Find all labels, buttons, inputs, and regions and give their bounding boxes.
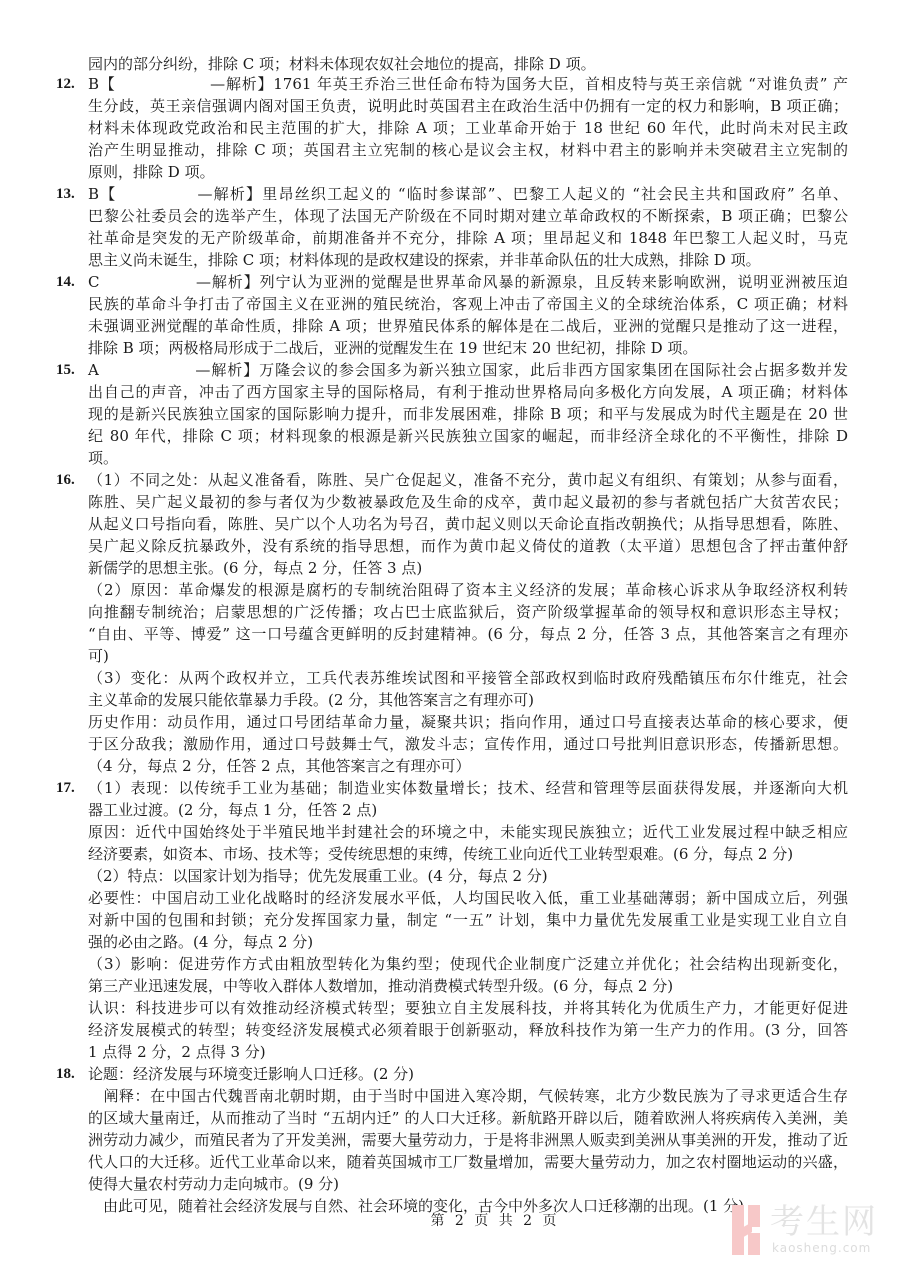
text-line: 项。 — [88, 448, 848, 468]
question-number: 16. — [56, 470, 75, 490]
text-line: 新儒学的思想主张。(6 分，每点 2 分，任答 3 点) — [88, 558, 848, 578]
text-line: 1 点得 2 分，2 点得 3 分) — [88, 1042, 848, 1062]
text-line: 纪 80 年代，排除 C 项；材料现象的根源是新兴民族独立国家的崛起，而非经济全… — [88, 426, 848, 446]
text-line: 器工业过渡。(2 分，每点 1 分，任答 2 点) — [88, 800, 848, 820]
text-line: 必要性：中国启动工业化战略时的经济发展水平低，人均国民收入低，重工业基础薄弱；新… — [88, 888, 848, 908]
question-number: 12. — [56, 74, 75, 94]
text-line: 阐释：在中国古代魏晋南北朝时期，由于当时中国进入寒冷期，气候转寒，北方少数民族为… — [88, 1086, 848, 1106]
text-line: 经济要素，如资本、市场、技术等；受传统思想的束缚，传统工业向近代工业转型艰难。(… — [88, 844, 848, 864]
text-line: 社革命是突发的无产阶级革命，前期准备并不充分，排除 A 项；里昂起义和 1848… — [88, 228, 848, 248]
text-line: 认识：科技进步可以有效推动经济模式转型；要独立自主发展科技，并将其转化为优质生产… — [88, 998, 848, 1018]
text-line: 陈胜、吴广起义最初的参与者仅为少数被暴政危及生命的戍卒，黄巾起义最初的参与者就包… — [88, 492, 848, 512]
text-line: 未强调亚洲觉醒的革命性质，排除 A 项；世界殖民体系的解体是在二战后，亚洲的觉醒… — [88, 316, 848, 336]
text-line: 使得大量农村劳动力走向城市。(9 分) — [88, 1174, 848, 1194]
text-line: “自由、平等、博爱” 这一口号蕴含更鲜明的反封建精神。(6 分，每点 2 分，任… — [88, 624, 848, 644]
question-number: 13. — [56, 184, 75, 204]
text-line: 第三产业迅速发展，中等收入群体人数增加，推动消费模式转型升级。(6 分，每点 2… — [88, 976, 848, 996]
question-number: 14. — [56, 272, 75, 292]
text-line: 民族的革命斗争打击了帝国主义在亚洲的殖民统治，客观上冲击了帝国主义的全球统治体系… — [88, 294, 848, 314]
text-line: 从起义口号指向看，陈胜、吴广以个人功名为号召，黄巾起义则以天命论直指改朝换代；从… — [88, 514, 848, 534]
text-line: （1）不同之处：从起义准备看，陈胜、吴广仓促起义，准备不充分，黄巾起义有组织、有… — [88, 470, 848, 490]
text-line: （3）影响：促进劳作方式由粗放型转化为集约型；使现代企业制度广泛建立并优化；社会… — [88, 954, 848, 974]
text-line: 巴黎公社委员会的选举产生，体现了法国无产阶级在不同时期对建立革命政权的不断探索，… — [88, 206, 848, 226]
text-line: 论题：经济发展与环境变迁影响人口迁移。(2 分) — [88, 1064, 848, 1084]
watermark-name: 考生网 — [770, 1203, 878, 1241]
text-line: 代人口的大迁移。近代工业革命以来，随着英国城市工厂数量增加，需要大量劳动力，加之… — [88, 1152, 848, 1172]
text-line: 洲劳动力减少，而殖民者为了开发美洲，需要大量劳动力，于是将非洲黑人贩卖到美洲从事… — [88, 1130, 848, 1150]
text-line: 主义革命的发展只能依靠暴力手段。(2 分，其他答案言之有理亦可) — [88, 690, 848, 710]
kaosheng-logo-icon — [732, 1205, 762, 1255]
text-line: B【 —解析】里昂丝织工起义的 “临时参谋部”、巴黎工人起义的 “社会民主共和国… — [88, 184, 848, 204]
text-line: （3）变化：从两个政权并立，工兵代表苏维埃试图和平接管全部政权到临时政府残酷镇压… — [88, 668, 848, 688]
text-line: 于区分敌我；激励作用，通过口号鼓舞士气，激发斗志；宣传作用，通过口号批判旧意识形… — [88, 734, 848, 754]
watermark: 考生网 kaosheng.com — [732, 1203, 892, 1259]
text-line: 生分歧，英王亲信强调内阁对国王负责，说明此时英国君主在政治生活中仍拥有一定的权力… — [88, 96, 848, 116]
text-line: 历史作用：动员作用，通过口号团结革命力量，凝聚共识；指向作用，通过口号直接表达革… — [88, 712, 848, 732]
text-line: （4 分，每点 2 分，任答 2 点，其他答案言之有理亦可） — [88, 756, 848, 776]
text-line: B【 —解析】1761 年英王乔治三世任命布特为国务大臣，首相皮特与英王亲信就 … — [88, 74, 848, 94]
text-line: C —解析】列宁认为亚洲的觉醒是世界革命风暴的新源泉，且反转来影响欧洲，说明亚洲… — [88, 272, 848, 292]
text-line: 原因：近代中国始终处于半殖民地半封建社会的环境之中，未能实现民族独立；近代工业发… — [88, 822, 848, 842]
question-number: 17. — [56, 778, 75, 798]
text-line: （2）特点：以国家计划为指导；优先发展重工业。(4 分，每点 2 分) — [88, 866, 848, 886]
text-line: 思主义尚未诞生，排除 C 项；材料体现的是政权建设的探索，并非革命队伍的壮大成熟… — [88, 250, 848, 270]
text-line: 向推翻专制统治；启蒙思想的广泛传播；攻占巴士底监狱后，资产阶级掌握革命的领导权和… — [88, 602, 848, 622]
text-line: 排除 B 项；两极格局形成于二战后，亚洲的觉醒发生在 19 世纪末 20 世纪初… — [88, 338, 848, 358]
text-line: 可) — [88, 646, 848, 666]
text-line: 强的必由之路。(4 分，每点 2 分) — [88, 932, 848, 952]
text-line: 材料未体现政党政治和民主范围的扩大，排除 A 项；工业革命开始于 18 世纪 6… — [88, 118, 848, 138]
text-line: （2）原因：革命爆发的根源是腐朽的专制统治阻碍了资本主义经济的发展；革命核心诉求… — [88, 580, 848, 600]
question-number: 15. — [56, 360, 75, 380]
text-line: 现的是新兴民族独立国家的国际影响力提升，而非发展困难，排除 B 项；和平与发展成… — [88, 404, 848, 424]
text-line: 对新中国的包围和封锁；充分发挥国家力量，制定 “一五” 计划，集中力量优先发展重… — [88, 910, 848, 930]
text-line: A —解析】万隆会议的参会国多为新兴独立国家，此后非西方国家集团在国际社会占据多… — [88, 360, 848, 380]
text-line: 治产生明显推动，排除 C 项；英国君主立宪制的核心是议会主权，材料中君主的影响并… — [88, 140, 848, 160]
question-number: 18. — [56, 1064, 75, 1084]
answer-key-page: 园内的部分纠纷，排除 C 项；材料未体现农奴社会地位的提高，排除 D 项。12.… — [0, 0, 900, 1273]
text-line: 原则，排除 D 项。 — [88, 162, 848, 182]
text-line: 的区域大量南迁，从而推动了当时 “五胡内迁” 的人口大迁移。新航路开辟以后，随着… — [88, 1108, 848, 1128]
text-line: 出自己的声音，冲击了西方国家主导的国际格局，有利于推动世界格局向多极化方向发展，… — [88, 382, 848, 402]
text-line: （1）表现：以传统手工业为基础；制造业实体数量增长；技术、经营和管理等层面获得发… — [88, 778, 848, 798]
text-line: 吴广起义除反抗暴政外，没有系统的指导思想，而作为黄巾起义倚仗的道教（太平道）思想… — [88, 536, 848, 556]
watermark-domain: kaosheng.com — [772, 1241, 871, 1255]
text-line: 园内的部分纠纷，排除 C 项；材料未体现农奴社会地位的提高，排除 D 项。 — [88, 54, 848, 74]
text-line: 经济发展模式的转型；转变经济发展模式必须着眼于创新驱动，释放科技作为第一生产力的… — [88, 1020, 848, 1040]
